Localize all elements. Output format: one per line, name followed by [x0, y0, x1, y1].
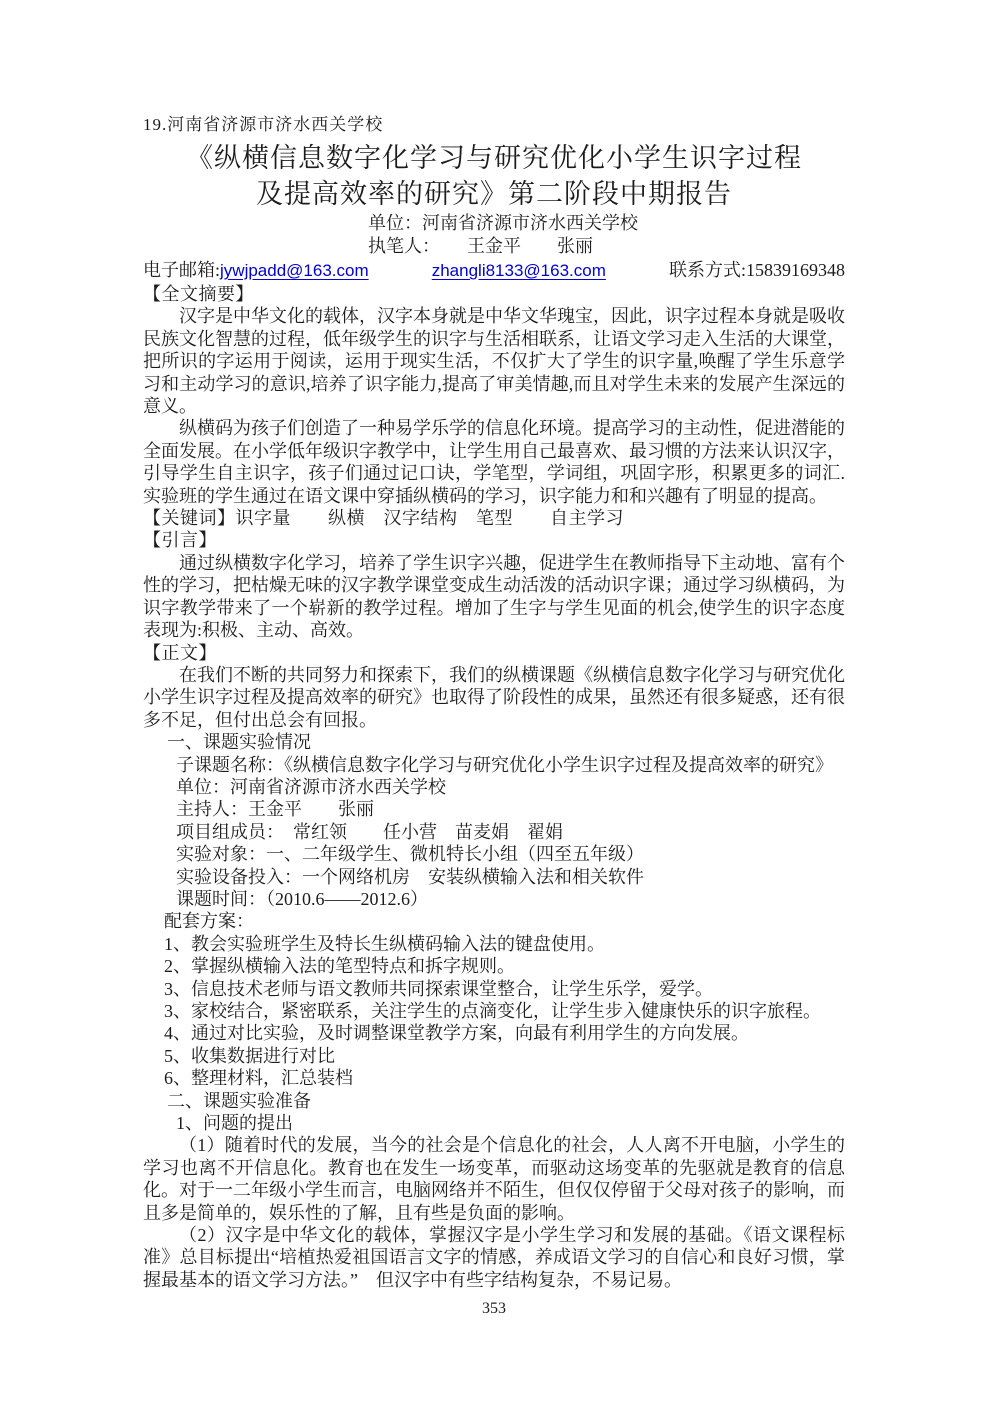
contact-row: 电子邮箱:jywjpadd@163.com zhangli8133@163.co…	[143, 258, 845, 283]
page-number: 353	[143, 1298, 845, 1320]
list-item: 3、家校结合，紧密联系，关注学生的点滴变化，让学生步入健康快乐的识字旅程。	[143, 1000, 845, 1022]
detail-line: 主持人：王金平 张丽	[143, 798, 845, 820]
body-paragraph: （2）汉字是中华文化的载体，掌握汉字是小学生学习和发展的基础。《语文课程标准》总…	[143, 1224, 845, 1291]
detail-line: 单位：河南省济源市济水西关学校	[143, 776, 845, 798]
list-item: 3、信息技术老师与语文教师共同探索课堂整合，让学生乐学，爱学。	[143, 978, 845, 1000]
body-paragraph: （1）随着时代的发展，当今的社会是个信息化的社会，人人离不开电脑，小学生的学习也…	[143, 1134, 845, 1224]
list-item: 配套方案：	[143, 910, 845, 932]
list-item: 1、教会实验班学生及特长生纵横码输入法的键盘使用。	[143, 933, 845, 955]
list-item: 6、整理材料，汇总装档	[143, 1067, 845, 1089]
body-paragraph: 在我们不断的共同努力和探索下，我们的纵横课题《纵横信息数字化学习与研究优化小学生…	[143, 664, 845, 731]
detail-line: 实验设备投入：一个网络机房 安装纵横输入法和相关软件	[143, 866, 845, 888]
detail-line: 项目组成员： 常红领 任小营 苗麦娟 翟娟	[143, 821, 845, 843]
document-page: 19.河南省济源市济水西关学校 《纵横信息数字化学习与研究优化小学生识字过程 及…	[0, 0, 992, 1403]
bracket-heading: 【关键词】识字量 纵横 汉字结构 笔型 自主学习	[143, 507, 845, 529]
writers-line: 执笔人： 王金平 张丽	[368, 235, 845, 258]
detail-line: 子课题名称：《纵横信息数字化学习与研究优化小学生识字过程及提高效率的研究》	[143, 754, 845, 776]
meta-block: 单位：河南省济源市济水西关学校 执笔人： 王金平 张丽	[143, 212, 845, 258]
contact-phone: 联系方式:15839169348	[669, 258, 845, 282]
list-item: 2、掌握纵横输入法的笔型特点和拆字规则。	[143, 955, 845, 977]
section-heading: 二、课题实验准备	[143, 1090, 845, 1112]
detail-line: 1、问题的提出	[143, 1112, 845, 1134]
email-link-1[interactable]: jywjpadd@163.com	[220, 261, 369, 280]
bracket-heading: 【引言】	[143, 529, 845, 551]
detail-line: 课题时间：（2010.6——2012.6）	[143, 888, 845, 910]
list-item: 5、收集数据进行对比	[143, 1045, 845, 1067]
title-line-2: 及提高效率的研究》第二阶段中期报告	[143, 176, 845, 212]
title-line-1: 《纵横信息数字化学习与研究优化小学生识字过程	[143, 140, 845, 176]
email-link-2[interactable]: zhangli8133@163.com	[432, 259, 606, 283]
index-line: 19.河南省济源市济水西关学校	[143, 114, 845, 136]
body-paragraph: 纵横码为孩子们创造了一种易学乐学的信息化环境。提高学习的主动性，促进潜能的全面发…	[143, 417, 845, 507]
detail-line: 实验对象：一、二年级学生、微机特长小组（四至五年级）	[143, 843, 845, 865]
bracket-heading: 【正文】	[143, 642, 845, 664]
list-item: 4、通过对比实验，及时调整课堂教学方案，向最有利用学生的方向发展。	[143, 1022, 845, 1044]
email-label: 电子邮箱:	[143, 260, 220, 280]
unit-line: 单位：河南省济源市济水西关学校	[368, 212, 845, 235]
email-group: 电子邮箱:jywjpadd@163.com	[143, 258, 369, 283]
section-heading: 一、课题实验情况	[143, 731, 845, 753]
document-title: 《纵横信息数字化学习与研究优化小学生识字过程 及提高效率的研究》第二阶段中期报告	[143, 140, 845, 212]
document-body: 【全文摘要】汉字是中华文化的载体，汉字本身就是中华文华瑰宝，因此，识字过程本身就…	[143, 283, 845, 1291]
body-paragraph: 汉字是中华文化的载体，汉字本身就是中华文华瑰宝，因此，识字过程本身就是吸收民族文…	[143, 305, 845, 417]
bracket-heading: 【全文摘要】	[143, 283, 845, 305]
body-paragraph: 通过纵横数字化学习，培养了学生识字兴趣，促进学生在教师指导下主动地、富有个性的学…	[143, 552, 845, 642]
